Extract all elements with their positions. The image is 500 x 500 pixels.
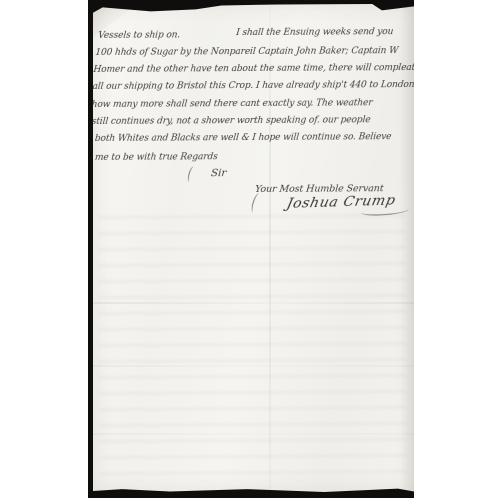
letter-line: all our shipping to Bristol this Crop. I… <box>92 80 415 92</box>
salutation: Sir <box>210 167 226 179</box>
letter-line: still continues dry, not a shower worth … <box>91 115 371 127</box>
letter-text: Vessels to ship on. I shall the Ensuing … <box>92 2 416 494</box>
letter-line: Homer and the other have ten about the s… <box>93 63 416 75</box>
letter-line: I shall the Ensuing weeks send you <box>236 27 394 38</box>
pen-flourish <box>187 166 197 183</box>
letter-line: how many more shall send there cant exac… <box>91 98 373 110</box>
letter-line: both Whites and Blacks are well & I hope… <box>94 132 392 144</box>
signature-flourish <box>361 205 409 216</box>
scan-background: Vessels to ship on. I shall the Ensuing … <box>88 0 414 498</box>
letter-line: 100 hhds of Sugar by the Nonpareil Capta… <box>95 46 399 58</box>
pen-flourish <box>250 192 263 213</box>
letter-paper: Vessels to ship on. I shall the Ensuing … <box>93 3 414 493</box>
letter-line: me to be with true Regards <box>94 152 218 163</box>
letter-line: Vessels to ship on. <box>98 30 181 41</box>
